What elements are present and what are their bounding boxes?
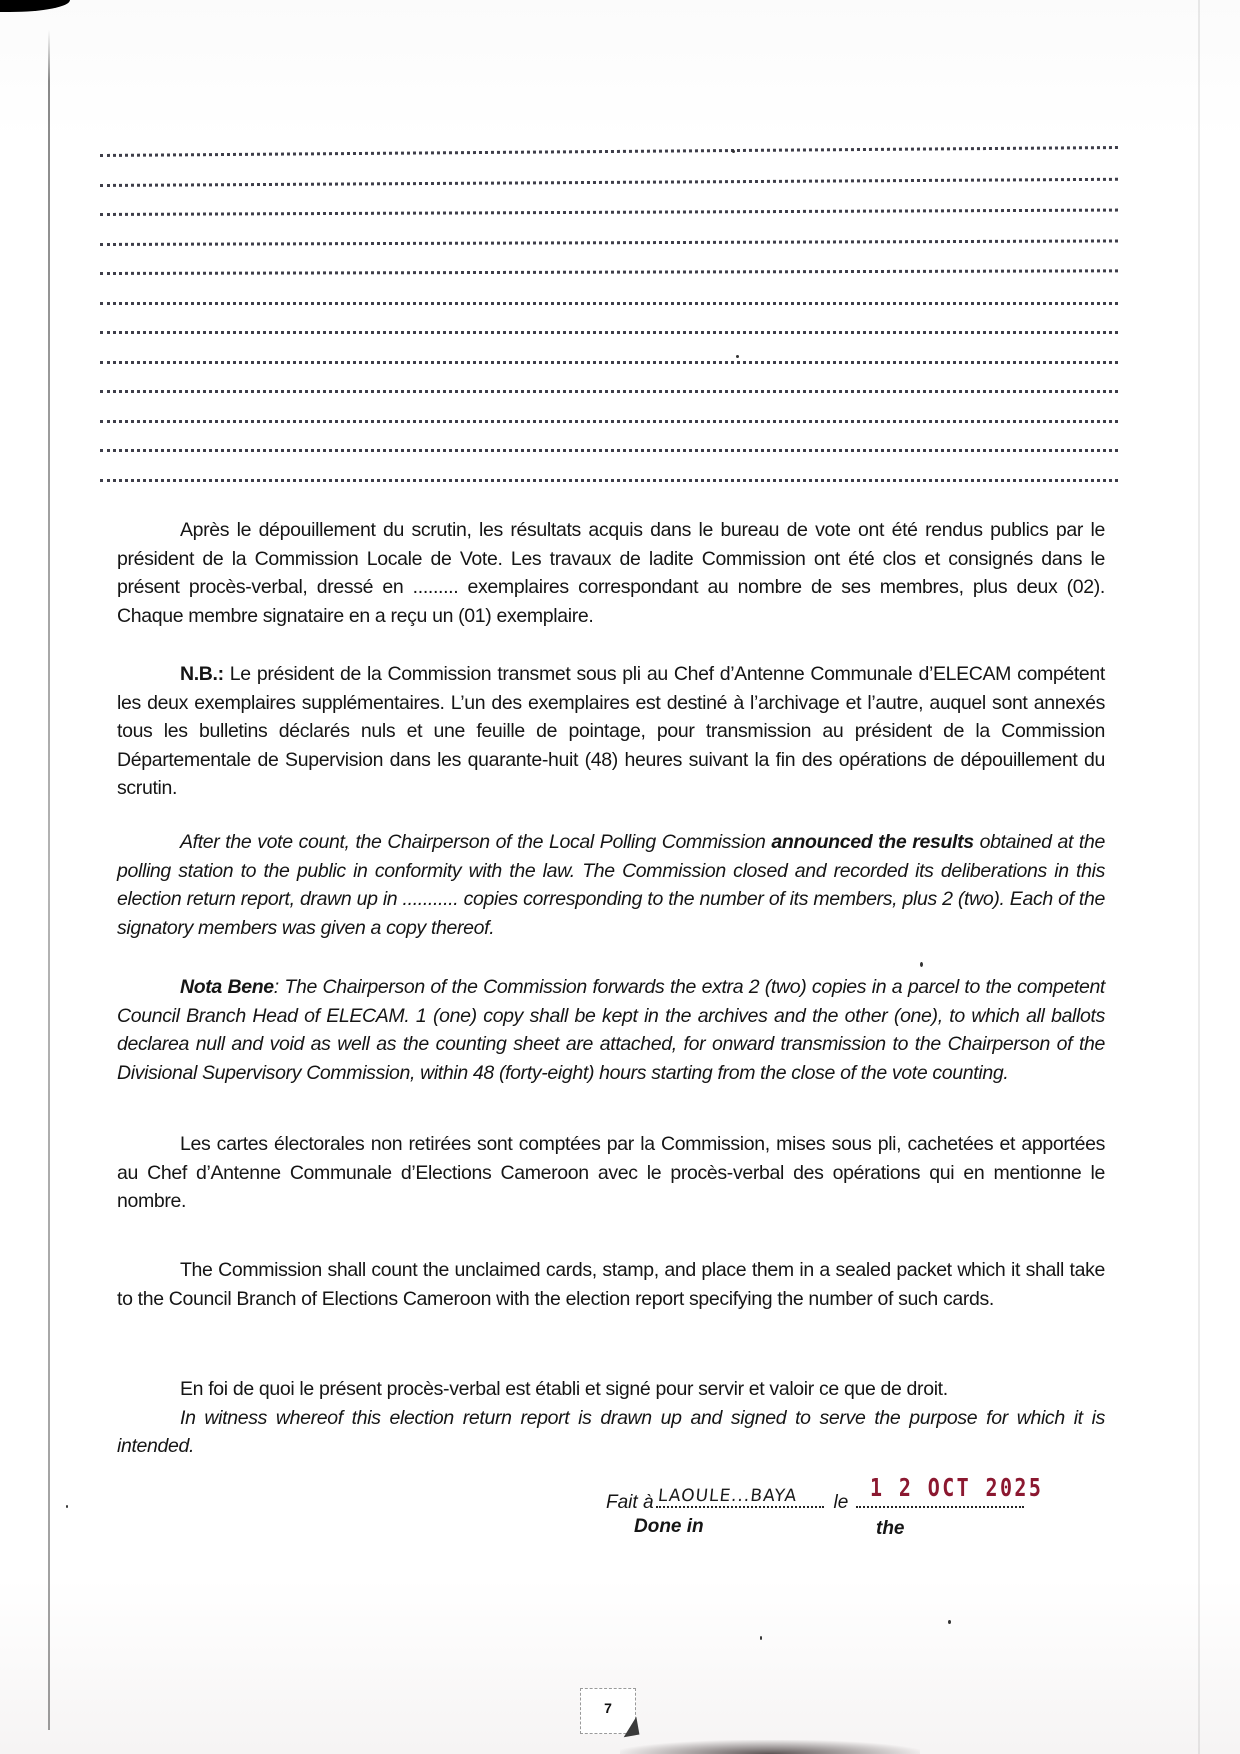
paragraph-fr-unclaimed-cards: Les cartes électorales non retirées sont… xyxy=(117,1130,1105,1216)
done-in-label: Done in xyxy=(634,1516,704,1538)
dotted-line xyxy=(100,361,1118,364)
text-run: announced the results xyxy=(771,831,973,853)
blank-dotted-lines xyxy=(100,140,1118,508)
dotted-line xyxy=(100,239,1118,246)
dotted-line xyxy=(100,449,1118,452)
place-field[interactable]: LAOULE...BAYA xyxy=(656,1488,824,1508)
dotted-line xyxy=(100,390,1118,393)
nb-label: Nota Bene xyxy=(180,976,274,998)
scan-right-edge xyxy=(1198,0,1200,1754)
paragraph-fr-results: Après le dépouillement du scrutin, les r… xyxy=(117,516,1105,630)
dotted-line xyxy=(100,331,1118,334)
dotted-line xyxy=(100,302,1118,305)
scan-speck xyxy=(760,1636,762,1640)
paragraph-witness: En foi de quoi le présent procès-verbal … xyxy=(117,1375,1105,1461)
scan-speck xyxy=(66,1505,68,1508)
nb-text: Le président de la Commission transmet s… xyxy=(117,663,1105,799)
dotted-line xyxy=(100,420,1118,423)
page-number-text: 7 xyxy=(604,1700,612,1716)
place-handwritten: LAOULE...BAYA xyxy=(656,1486,797,1506)
scan-bottom-shadow xyxy=(620,1740,920,1754)
fait-a-label: Fait à xyxy=(606,1492,654,1514)
scan-speck xyxy=(732,150,735,153)
the-label: the xyxy=(876,1518,905,1540)
text-run: After the vote count, the Chairperson of… xyxy=(180,831,771,853)
page-curl-icon xyxy=(621,1717,640,1738)
paragraph-text: N.B.: Le président de la Commission tran… xyxy=(117,660,1105,803)
paragraph-fr-nota-bene: N.B.: Le président de la Commission tran… xyxy=(117,660,1105,803)
nb-label: N.B.: xyxy=(180,663,224,685)
dotted-line xyxy=(100,479,1118,482)
paragraph-en-unclaimed-cards: The Commission shall count the unclaimed… xyxy=(117,1256,1105,1313)
paragraph-text: Les cartes électorales non retirées sont… xyxy=(117,1130,1105,1216)
paragraph-text: Après le dépouillement du scrutin, les r… xyxy=(117,516,1105,630)
document-page: Après le dépouillement du scrutin, les r… xyxy=(0,0,1240,1754)
page-number: 7 xyxy=(580,1688,636,1734)
dotted-line xyxy=(100,146,1118,157)
dotted-line xyxy=(100,209,1118,216)
le-label: le xyxy=(834,1492,849,1514)
paragraph-en-nota-bene: Nota Bene: The Chairperson of the Commis… xyxy=(117,973,1105,1087)
dotted-line xyxy=(100,177,1118,186)
scan-speck xyxy=(736,355,739,358)
place-date-block: Fait à LAOULE...BAYA le 1 2 OCT 2025 Don… xyxy=(606,1488,1066,1558)
scan-speck xyxy=(920,962,923,967)
paragraph-text: Nota Bene: The Chairperson of the Commis… xyxy=(117,973,1105,1087)
paragraph-text: The Commission shall count the unclaimed… xyxy=(117,1256,1105,1313)
date-field[interactable]: 1 2 OCT 2025 xyxy=(856,1488,1024,1508)
dotted-line xyxy=(100,269,1118,275)
scan-corner-shadow xyxy=(0,0,70,12)
paragraph-en-results: After the vote count, the Chairperson of… xyxy=(117,828,1105,942)
scan-speck xyxy=(948,1620,951,1624)
paragraph-text-en: In witness whereof this election return … xyxy=(117,1404,1105,1461)
place-date-row: Fait à LAOULE...BAYA le 1 2 OCT 2025 xyxy=(606,1488,1024,1514)
paragraph-text-fr: En foi de quoi le présent procès-verbal … xyxy=(117,1375,1105,1404)
scan-left-edge xyxy=(48,30,50,1730)
paragraph-text: After the vote count, the Chairperson of… xyxy=(117,828,1105,942)
date-stamp: 1 2 OCT 2025 xyxy=(870,1473,1043,1502)
